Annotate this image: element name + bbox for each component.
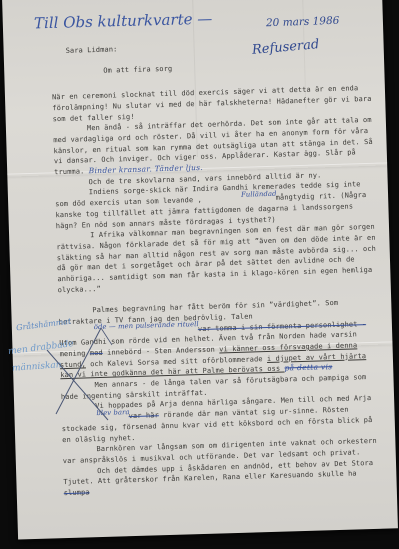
photo-of-manuscript: Sara Lidman: Om att fira sorg När en cer… (0, 0, 399, 549)
author-line: Sara Lidman: (66, 37, 373, 57)
handwritten-date: 20 mars 1986 (266, 15, 340, 30)
document-title: Om att fira sorg (103, 58, 373, 77)
paragraph: I Afrika välkomnar man begravningen som … (56, 222, 380, 296)
typewritten-text: Sara Lidman: Om att fira sorg När en cer… (51, 37, 386, 499)
struck-segment: med (90, 349, 103, 357)
hand-above-segment: blev bara (62, 409, 129, 417)
typed-segment: innebörd - Sten Andersson (103, 345, 220, 356)
hand-struck-segment: på detta vis (284, 362, 332, 372)
paragraph: Palmes begravning har fått beröm för sin… (58, 297, 382, 381)
paragraph: Men ändå - så inträffar det oerhörda. De… (53, 115, 376, 178)
paragraphs-container: När en ceremoni slocknat till död exerci… (52, 83, 386, 499)
hand-above-segment: Fulländad (207, 190, 277, 198)
typed-segment: I Afrika välkomnar man begravningen som … (56, 223, 376, 294)
struck-segment: slumpa (64, 488, 90, 497)
paper-sheet: Sara Lidman: Om att fira sorg När en cer… (2, 0, 398, 540)
struck-segment: var här (129, 411, 159, 420)
